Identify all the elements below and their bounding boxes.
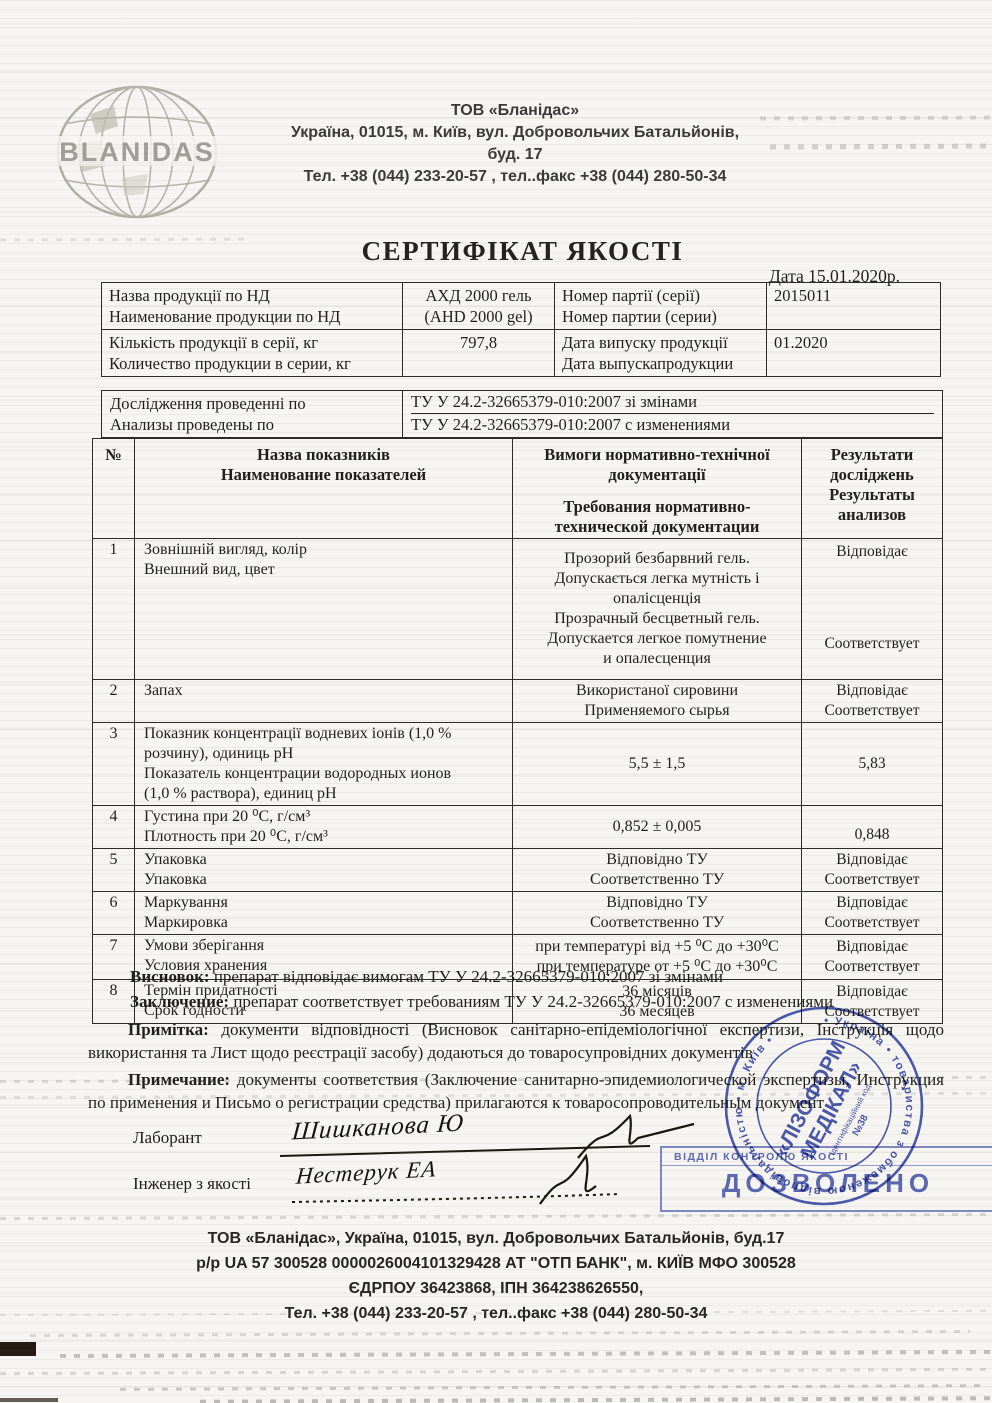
footer-bank: р/р UA 57 300528 0000026004101329428 АТ … <box>96 1251 896 1276</box>
footer-address: ТОВ «Бланідас», Україна, 01015, вул. Доб… <box>96 1226 896 1251</box>
product-info-table: Назва продукції по НДНаименование продук… <box>101 282 941 377</box>
company-address-line2: буд. 17 <box>235 144 795 166</box>
scan-artifact <box>770 144 990 150</box>
standards-label: Дослідження проведенні поАнализы проведе… <box>102 391 403 438</box>
table-row: Дослідження проведенні поАнализы проведе… <box>102 391 943 438</box>
blanidas-globe-logo: BLANIDAS <box>52 82 222 222</box>
release-date-label: Дата випуску продукціїДата выпускапродук… <box>555 330 767 377</box>
col-header-results: Результатидосліджень Результатыанализов <box>802 439 943 539</box>
table-row: 5 УпаковкаУпаковка Відповідно ТУСоответс… <box>93 849 943 892</box>
row1-requirement: Прозорий безбарвний гель.Допускається ле… <box>513 539 802 680</box>
table-row: 4 Густина при 20 ⁰С, г/см³Плотность при … <box>93 806 943 849</box>
row6-result: ВідповідаєСоответствует <box>802 892 943 935</box>
logo-wordmark: BLANIDAS <box>59 137 215 167</box>
product-name-value: АХД 2000 гель(AHD 2000 gel) <box>403 283 555 330</box>
row2-result: ВідповідаєСоответствует <box>802 680 943 723</box>
sig1-role: Лаборант <box>133 1128 202 1148</box>
table-row: 2 Запах Використаної сировиниПрименяемог… <box>93 680 943 723</box>
scan-artifact <box>0 1398 58 1402</box>
row3-indicator: Показник концентрації водневих іонів (1,… <box>135 723 513 806</box>
row2-indicator: Запах <box>135 680 513 723</box>
scan-artifact <box>760 115 990 120</box>
globe-icon: BLANIDAS <box>52 82 222 222</box>
document-title: СЕРТИФІКАТ ЯКОСТІ <box>100 236 945 267</box>
row3-result: 5,83 <box>802 723 943 806</box>
row6-requirement: Відповідно ТУСоответственно ТУ <box>513 892 802 935</box>
quantity-label: Кількість продукції в серії, кгКоличеств… <box>102 330 403 377</box>
table-row: 6 МаркуванняМаркировка Відповідно ТУСоот… <box>93 892 943 935</box>
row4-requirement: 0,852 ± 0,005 <box>513 806 802 849</box>
scan-artifact <box>0 1342 36 1356</box>
row5-requirement: Відповідно ТУСоответственно ТУ <box>513 849 802 892</box>
scanned-certificate-page: BLANIDAS ТОВ «Бланідас» Україна, 01015, … <box>0 0 992 1403</box>
row5-indicator: УпаковкаУпаковка <box>135 849 513 892</box>
results-table: № Назва показниківНаименование показател… <box>92 438 943 1024</box>
sig2-role: Інженер з якості <box>133 1174 251 1194</box>
scan-artifact <box>0 1213 992 1220</box>
row4-indicator: Густина при 20 ⁰С, г/см³Плотность при 20… <box>135 806 513 849</box>
row5-result: ВідповідаєСоответствует <box>802 849 943 892</box>
standards-table: Дослідження проведенні поАнализы проведе… <box>101 390 943 438</box>
scan-artifact <box>30 1330 970 1337</box>
col-header-name: Назва показниківНаименование показателей <box>135 439 513 539</box>
col-header-num: № <box>93 439 135 539</box>
standards-value: ТУ У 24.2-32665379-010:2007 зі змінами Т… <box>403 391 943 438</box>
results-table-header: № Назва показниківНаименование показател… <box>93 439 943 539</box>
batch-number-label: Номер партії (серії)Номер партии (серии) <box>555 283 767 330</box>
round-stamp-icon: • Україна • товариства з обмеженою відпо… <box>718 1000 930 1212</box>
batch-number-value: 2015011 <box>767 283 941 330</box>
row1-indicator: Зовнішній вигляд, колірВнешний вид, цвет <box>135 539 513 680</box>
scan-artifact <box>200 1396 990 1403</box>
table-row: Назва продукції по НДНаименование продук… <box>102 283 941 330</box>
row3-requirement: 5,5 ± 1,5 <box>513 723 802 806</box>
release-date-value: 01.2020 <box>767 330 941 377</box>
table-row: Кількість продукції в серії, кгКоличеств… <box>102 330 941 377</box>
col-header-requirements: Вимоги нормативно-технічноїдокументації … <box>513 439 802 539</box>
company-address-line1: Україна, 01015, м. Київ, вул. Добровольч… <box>235 122 795 144</box>
scan-artifact <box>120 1384 980 1391</box>
company-phone: Тел. +38 (044) 233-20-57 , тел..факс +38… <box>235 166 795 188</box>
scan-artifact <box>0 1368 992 1375</box>
table-row: 1 Зовнішній вигляд, колірВнешний вид, цв… <box>93 539 943 680</box>
footer-codes: ЄДРПОУ 36423868, ІПН 364238626550, <box>96 1276 896 1301</box>
row2-requirement: Використаної сировиниПрименяемого сырья <box>513 680 802 723</box>
row4-result: 0,848 <box>802 806 943 849</box>
product-name-label: Назва продукції по НДНаименование продук… <box>102 283 403 330</box>
company-round-stamp: • Україна • товариства з обмеженою відпо… <box>718 1000 930 1212</box>
table-row: 3 Показник концентрації водневих іонів (… <box>93 723 943 806</box>
company-header-block: ТОВ «Бланідас» Україна, 01015, м. Київ, … <box>235 100 795 188</box>
scan-artifact <box>60 1350 990 1358</box>
conclusion-ua: Висновок: препарат відповідає вимогам ТУ… <box>130 964 940 989</box>
row1-result: ВідповідаєСоответствует <box>802 539 943 680</box>
quantity-value: 797,8 <box>403 330 555 377</box>
row6-indicator: МаркуванняМаркировка <box>135 892 513 935</box>
company-name: ТОВ «Бланідас» <box>235 100 795 122</box>
sig2-signature: Нестерук ЕА <box>290 1152 650 1212</box>
